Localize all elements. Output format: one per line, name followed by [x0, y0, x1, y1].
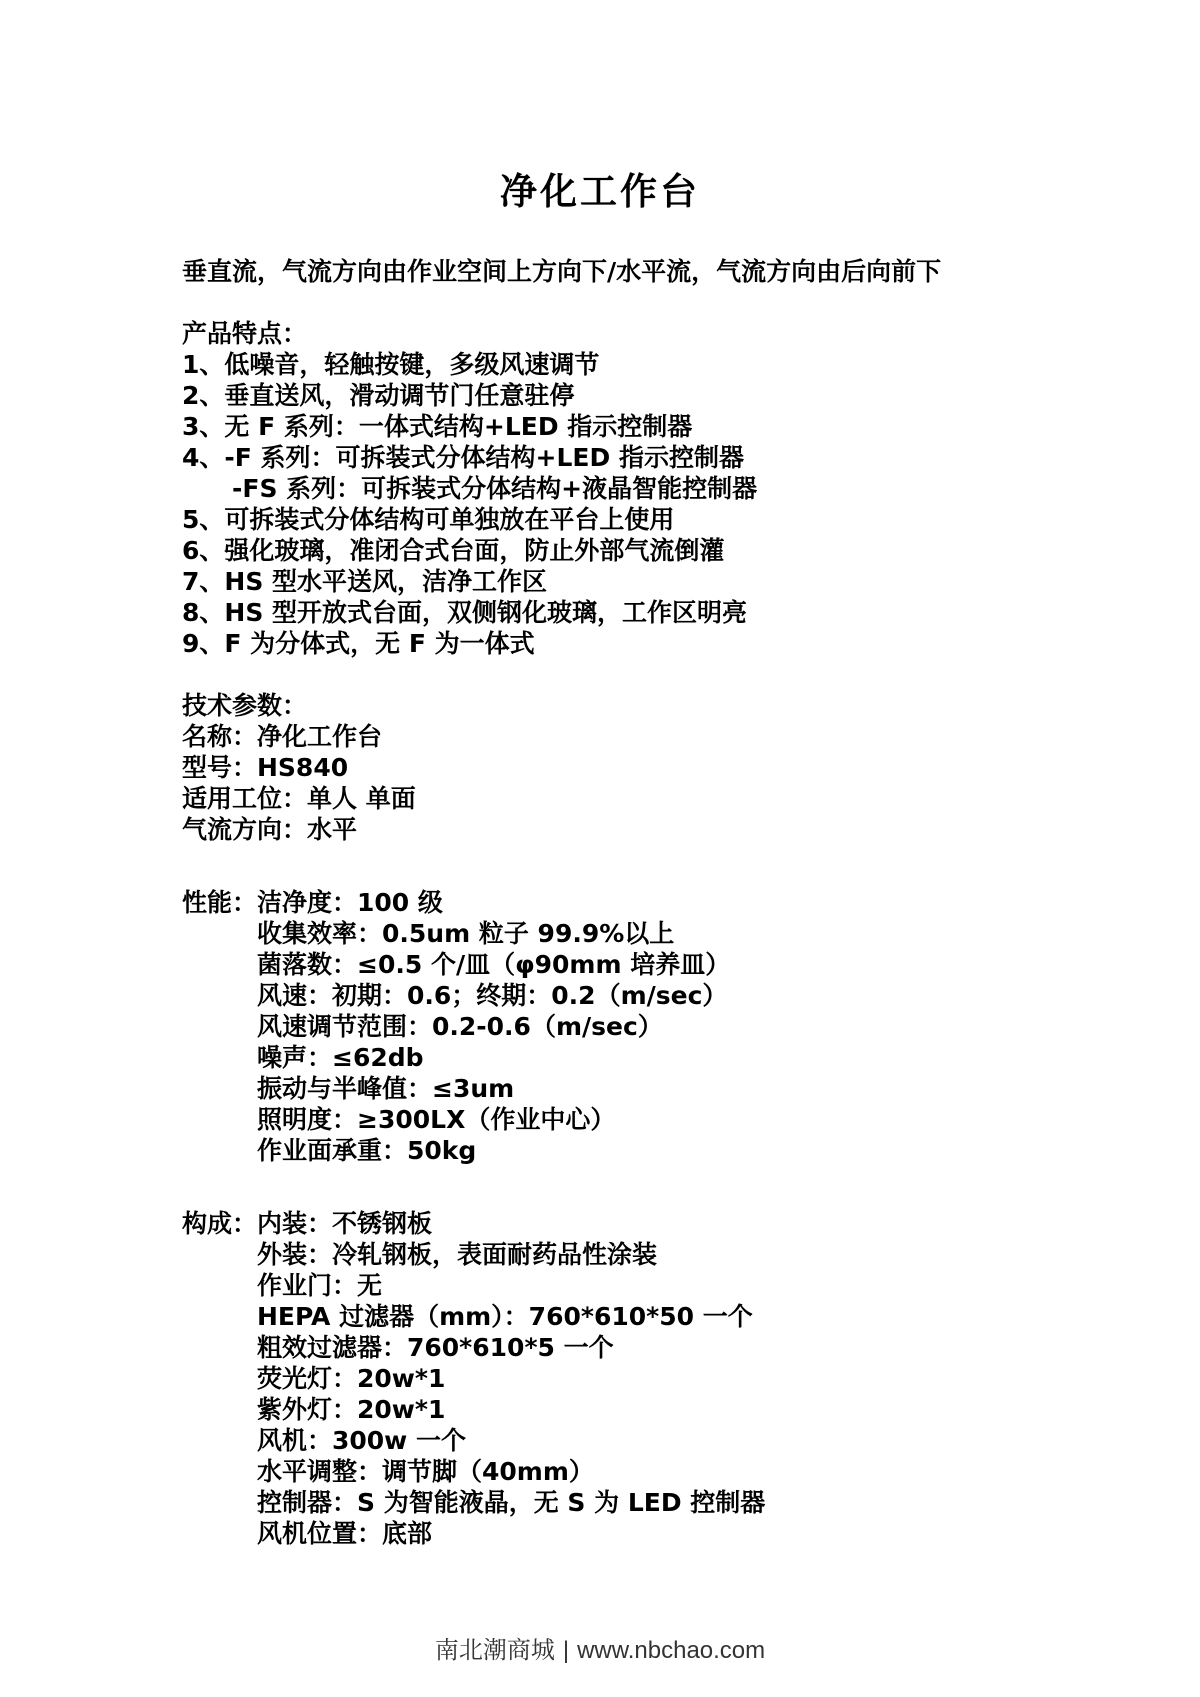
composition-item: 控制器：S 为智能液晶，无 S 为 LED 控制器 — [182, 1487, 1110, 1518]
page-title: 净化工作台 — [0, 25, 1200, 215]
performance-item: 噪声：≤62db — [182, 1042, 1110, 1073]
performance-item: 作业面承重：50kg — [182, 1135, 1110, 1166]
composition-item: 水平调整：调节脚（40mm） — [182, 1456, 1110, 1487]
feature-item: 6、强化玻璃，准闭合式台面，防止外部气流倒灌 — [182, 535, 1110, 566]
composition-item: 紫外灯：20w*1 — [182, 1394, 1110, 1425]
performance-section: 性能：洁净度：100 级 收集效率：0.5um 粒子 99.9%以上 菌落数：≤… — [182, 887, 1110, 1166]
footer-url: www.nbchao.com — [577, 1637, 765, 1664]
composition-item: 作业门：无 — [182, 1270, 1110, 1301]
footer-site-name: 南北潮商城 — [435, 1637, 555, 1664]
performance-label: 性能： — [182, 888, 257, 917]
specs-section: 技术参数： 名称：净化工作台 型号：HS840 适用工位：单人 单面 气流方向：… — [182, 690, 1110, 845]
performance-item: 菌落数：≤0.5 个/皿（φ90mm 培养皿） — [182, 949, 1110, 980]
footer-separator: | — [563, 1637, 569, 1664]
composition-item: 粗效过滤器：760*610*5 一个 — [182, 1332, 1110, 1363]
composition-item: 风机：300w 一个 — [182, 1425, 1110, 1456]
feature-item: 7、HS 型水平送风，洁净工作区 — [182, 566, 1110, 597]
feature-item-continuation: -FS 系列：可拆装式分体结构+液晶智能控制器 — [182, 473, 1110, 504]
feature-item: 2、垂直送风，滑动调节门任意驻停 — [182, 380, 1110, 411]
composition-item: 荧光灯：20w*1 — [182, 1363, 1110, 1394]
document-page: 净化工作台 垂直流，气流方向由作业空间上方向下/水平流，气流方向由后向前下 产品… — [0, 0, 1200, 1697]
performance-item: 振动与半峰值：≤3um — [182, 1073, 1110, 1104]
feature-item: 5、可拆装式分体结构可单独放在平台上使用 — [182, 504, 1110, 535]
features-heading: 产品特点： — [182, 318, 1110, 349]
composition-first-line: 构成：内装：不锈钢板 — [182, 1208, 1110, 1239]
feature-item: 3、无 F 系列：一体式结构+LED 指示控制器 — [182, 411, 1110, 442]
performance-first-line: 性能：洁净度：100 级 — [182, 887, 1110, 918]
composition-item: 外装：冷轧钢板，表面耐药品性涂装 — [182, 1239, 1110, 1270]
specs-heading: 技术参数： — [182, 690, 1110, 721]
performance-first-value: 洁净度：100 级 — [257, 888, 443, 917]
spec-item: 名称：净化工作台 — [182, 721, 1110, 752]
feature-item: 1、低噪音，轻触按键，多级风速调节 — [182, 349, 1110, 380]
spec-item: 型号：HS840 — [182, 752, 1110, 783]
document-body: 垂直流，气流方向由作业空间上方向下/水平流，气流方向由后向前下 产品特点： 1、… — [0, 240, 1200, 1549]
features-section: 产品特点： 1、低噪音，轻触按键，多级风速调节 2、垂直送风，滑动调节门任意驻停… — [182, 318, 1110, 659]
composition-first-value: 内装：不锈钢板 — [257, 1209, 432, 1238]
performance-item: 风速调节范围：0.2-0.6（m/sec） — [182, 1011, 1110, 1042]
performance-item: 收集效率：0.5um 粒子 99.9%以上 — [182, 918, 1110, 949]
feature-item: 8、HS 型开放式台面，双侧钢化玻璃，工作区明亮 — [182, 597, 1110, 628]
composition-section: 构成：内装：不锈钢板 外装：冷轧钢板，表面耐药品性涂装 作业门：无 HEPA 过… — [182, 1208, 1110, 1549]
performance-item: 风速：初期：0.6；终期：0.2（m/sec） — [182, 980, 1110, 1011]
performance-item: 照明度：≥300LX（作业中心） — [182, 1104, 1110, 1135]
footer-watermark: 南北潮商城|www.nbchao.com — [0, 1636, 1200, 1666]
composition-item: 风机位置：底部 — [182, 1518, 1110, 1549]
feature-item: 4、-F 系列：可拆装式分体结构+LED 指示控制器 — [182, 442, 1110, 473]
composition-item: HEPA 过滤器（mm）：760*610*50 一个 — [182, 1301, 1110, 1332]
spec-item: 气流方向：水平 — [182, 814, 1110, 845]
composition-label: 构成： — [182, 1209, 257, 1238]
subtitle: 垂直流，气流方向由作业空间上方向下/水平流，气流方向由后向前下 — [182, 256, 1110, 287]
spec-item: 适用工位：单人 单面 — [182, 783, 1110, 814]
feature-item: 9、F 为分体式，无 F 为一体式 — [182, 628, 1110, 659]
